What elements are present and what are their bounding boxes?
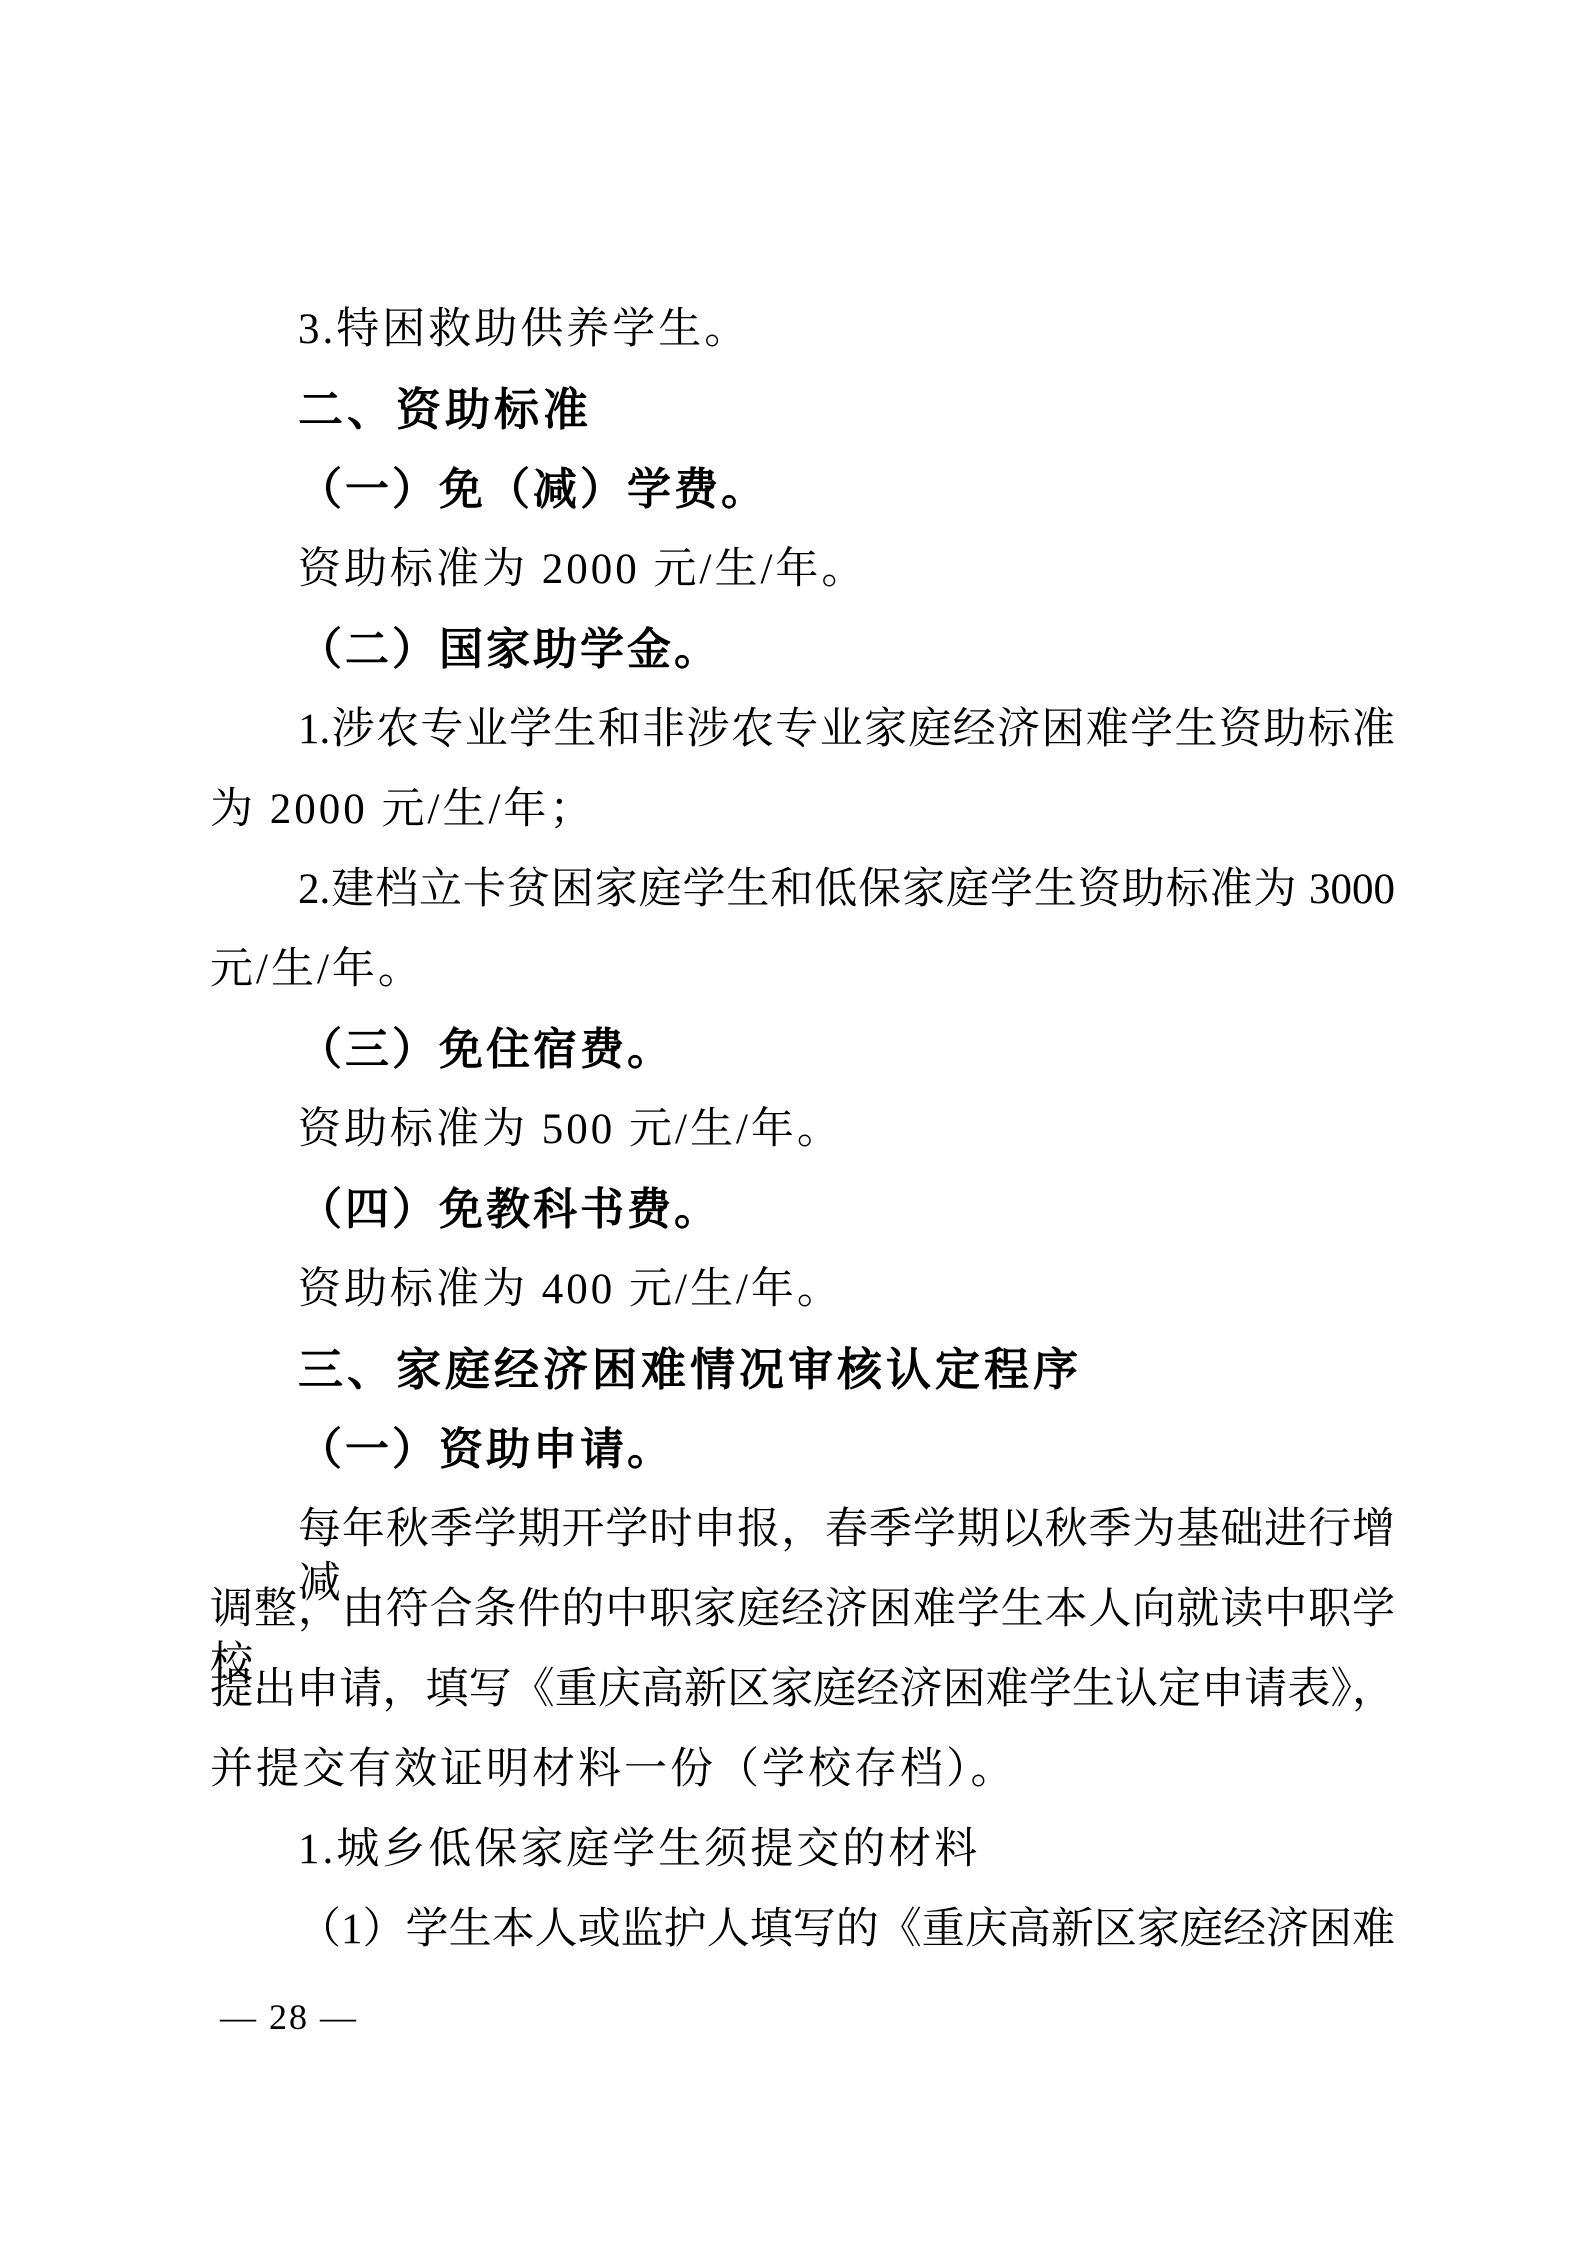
body-text-line: 资助标准为 2000 元/生/年。 bbox=[210, 543, 1395, 597]
body-text-line: 2.建档立卡贫困家庭学生和低保家庭学生资助标准为 3000 bbox=[210, 863, 1395, 917]
body-text-line: 为 2000 元/生/年； bbox=[210, 783, 1395, 837]
page-number: — 28 — bbox=[220, 1996, 358, 2038]
subsection-heading: （四）免教科书费。 bbox=[210, 1183, 1395, 1237]
subsection-heading: （二）国家助学金。 bbox=[210, 623, 1395, 677]
body-text-line: 并提交有效证明材料一份（学校存档）。 bbox=[210, 1743, 1395, 1797]
body-text-line: 1.城乡低保家庭学生须提交的材料 bbox=[210, 1823, 1395, 1877]
section-heading: 三、家庭经济困难情况审核认定程序 bbox=[210, 1343, 1395, 1397]
body-text-line: 资助标准为 500 元/生/年。 bbox=[210, 1103, 1395, 1157]
body-text-line: 资助标准为 400 元/生/年。 bbox=[210, 1263, 1395, 1317]
subsection-heading: （一）资助申请。 bbox=[210, 1423, 1395, 1477]
section-heading: 二、资助标准 bbox=[210, 383, 1395, 437]
document-page: 3.特困救助供养学生。二、资助标准（一）免（减）学费。资助标准为 2000 元/… bbox=[0, 0, 1587, 2245]
subsection-heading: （三）免住宿费。 bbox=[210, 1023, 1395, 1077]
body-text-line: 3.特困救助供养学生。 bbox=[210, 303, 1395, 357]
body-text-line: 1.涉农专业学生和非涉农专业家庭经济困难学生资助标准 bbox=[210, 703, 1395, 757]
body-text-line: 提出申请，填写《重庆高新区家庭经济困难学生认定申请表》， bbox=[210, 1663, 1395, 1717]
body-text-line: 元/生/年。 bbox=[210, 943, 1395, 997]
body-text-line: （1）学生本人或监护人填写的《重庆高新区家庭经济困难 bbox=[210, 1903, 1395, 1957]
subsection-heading: （一）免（减）学费。 bbox=[210, 463, 1395, 517]
